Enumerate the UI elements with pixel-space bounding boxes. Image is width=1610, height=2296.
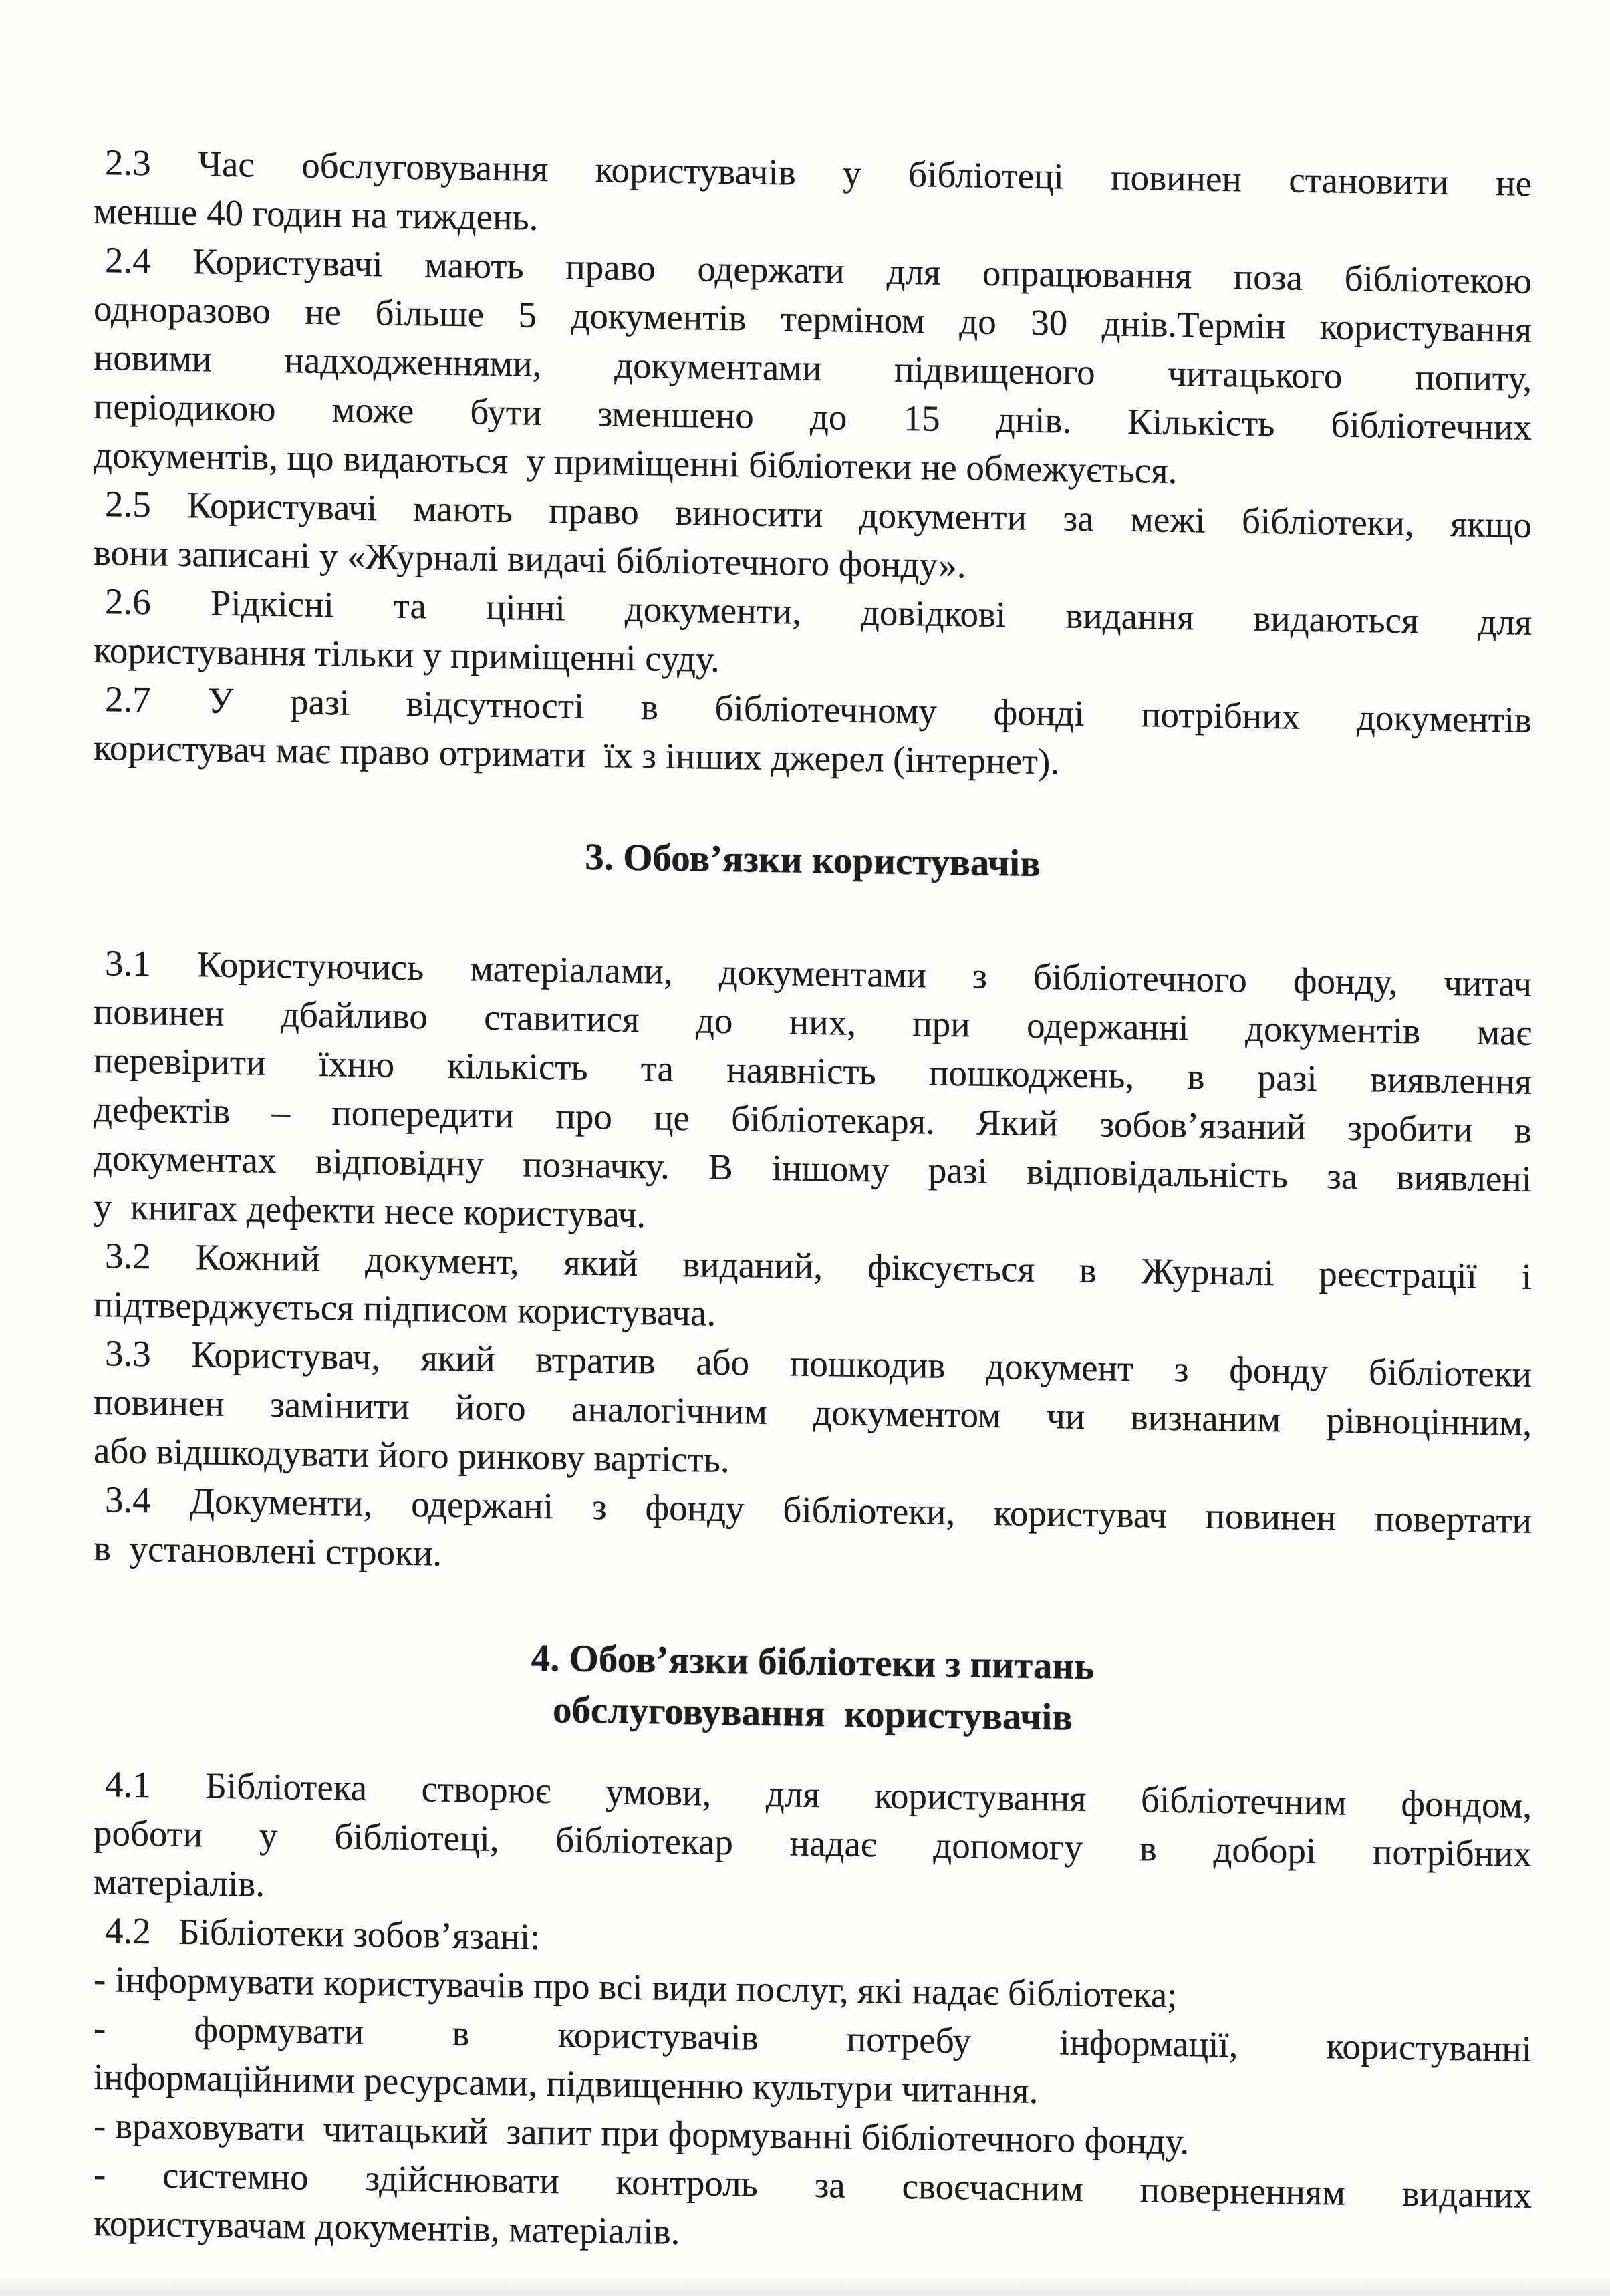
section-3-heading: 3. Обов’язки користувачів (94, 824, 1532, 897)
item-2-7: 2.7 У разі відсутності в бібліотечному ф… (94, 674, 1532, 793)
bullet-systematic-control: - системно здійснювати контроль за своєч… (94, 2150, 1532, 2269)
item-3-1: 3.1 Користуючись матеріалами, документам… (94, 938, 1532, 1252)
text-line: 3. Обов’язки користувачів (94, 824, 1532, 897)
scanned-document-page: 2.3 Час обслуговування користувачів у бі… (94, 138, 1532, 2269)
item-2-4: 2.4 Користувачі мають право одержати для… (94, 235, 1532, 500)
document-content: 2.3 Час обслуговування користувачів у бі… (94, 138, 1532, 2269)
item-3-4: 3.4 Документи, одержані з фонду бібліоте… (94, 1475, 1532, 1594)
scan-bottom-shadow (0, 2276, 1610, 2296)
section-4-heading: 4. Обов’язки бібліотеки з питаньобслугов… (94, 1626, 1532, 1750)
item-3-3: 3.3 Користувач, який втратив або пошкоди… (94, 1328, 1532, 1496)
item-4-1: 4.1 Бібліотека створює умови, для корист… (94, 1759, 1532, 1927)
